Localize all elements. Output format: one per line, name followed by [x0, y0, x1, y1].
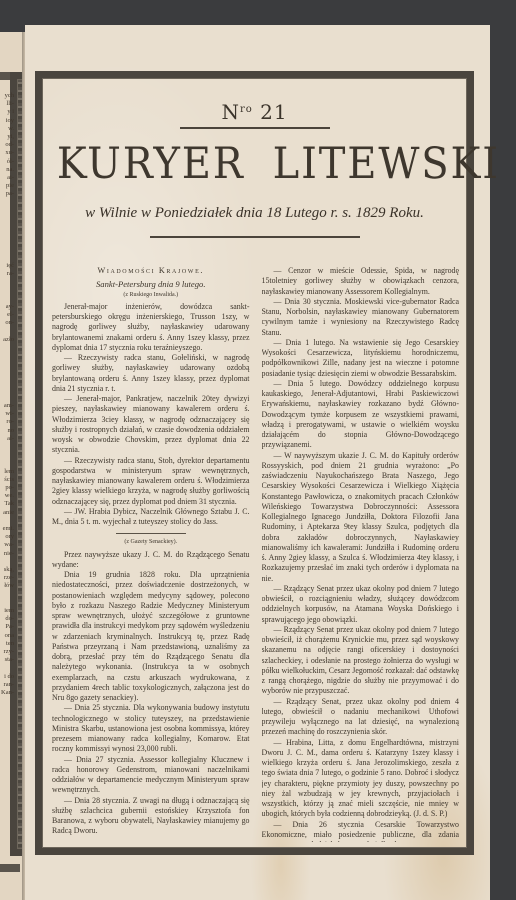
issue-label: N	[221, 100, 240, 124]
article-source: (z Gazety Senackiey).	[52, 537, 250, 547]
masthead: Nro 21 KURYERLITEWSKI w Wilnie w Poniedz…	[42, 78, 467, 238]
article-paragraph: — Dnia 1 lutego. Na wstawienie się Jego …	[262, 338, 460, 379]
adjacent-page-text-fragments-top: ych lli- y i ioy w. yi, od- xu- ól- na. …	[0, 92, 14, 199]
article-paragraph: Przez naywyższe ukazy J. C. M. do Rządzą…	[52, 550, 250, 571]
article-paragraph: — Dnia 30 stycznia. Moskiewski vice-gube…	[262, 297, 460, 338]
title-word-1: KURYER	[57, 139, 245, 189]
article-paragraph: — Dnia 5 lutego. Dowódzcy oddzielnego ko…	[262, 379, 460, 451]
article-paragraph: — Rządzący Senat, przez ukaz okolny pod …	[262, 697, 460, 738]
article-paragraph: — Rządzący Senat przez ukaz okolny pod d…	[262, 584, 460, 625]
title-word-2: LITEWSKI	[273, 139, 500, 189]
adjacent-page-text-fragments-mid: ięć ra- ay- el- on- azło	[0, 262, 14, 344]
article-paragraph: — JW. Hrabia Dybicz, Naczelnik Głównego …	[52, 507, 250, 528]
adjacent-page-edge: ych lli- y i ioy w. yi, od- xu- ól- na. …	[0, 32, 22, 900]
section-separator	[116, 533, 186, 534]
article-paragraph: — W naywyższym ukazie J. C. M. do Kapitu…	[262, 451, 460, 584]
left-column: Wiadomości Krajowe. Sankt-Petersburg dni…	[52, 266, 250, 842]
adjacent-page-frame-bottom	[0, 864, 20, 872]
issue-label-sup: ro	[240, 104, 253, 115]
article-paragraph: — Rzeczywisty radca stanu, Gołeliński, w…	[52, 353, 250, 394]
article-dateline: Sankt-Petersburg dnia 9 lutego.	[52, 279, 250, 289]
newspaper-page: Nro 21 KURYERLITEWSKI w Wilnie w Poniedz…	[25, 25, 490, 900]
article-paragraph: Jenerał-major inżenierów, dowódzca sankt…	[52, 302, 250, 353]
article-paragraph: — Cenzor w mieście Odessie, Spida, w nag…	[262, 266, 460, 297]
ornamental-border-frame: Nro 21 KURYERLITEWSKI w Wilnie w Poniedz…	[35, 71, 474, 855]
masthead-rule-top	[180, 127, 330, 129]
right-column: — Cenzor w mieście Odessie, Spida, w nag…	[262, 266, 460, 842]
article-paragraph: Dnia 19 grudnia 1828 roku. Dla uprzątnie…	[52, 570, 250, 703]
issue-number-value: 21	[260, 100, 287, 124]
article-paragraph: — Jenerał-major, Pankratjew, naczelnik 2…	[52, 394, 250, 456]
masthead-rule-bottom	[150, 236, 360, 238]
article-columns: Wiadomości Krajowe. Sankt-Petersburg dni…	[52, 266, 459, 842]
issue-number: Nro 21	[42, 100, 467, 124]
article-paragraph: — Dnia 25 stycznia. Dla wykonywania budo…	[52, 703, 250, 754]
article-paragraph: — Hrabina, Litta, z domu Engelhardtówna,…	[262, 738, 460, 820]
article-paragraph: — Dnia 27 stycznia. Assessor kollegialny…	[52, 755, 250, 796]
article-paragraph: — Rządzący Senat przez ukaz okolny pod d…	[262, 625, 460, 697]
article-paragraph: — Rzeczywisty radca stanu, Stoh, dyrekto…	[52, 456, 250, 507]
article-source: (z Ruskiego Inwalida.)	[52, 290, 250, 300]
article-paragraph: — Dnia 28 stycznia. Z uwagi na długą i o…	[52, 796, 250, 837]
section-heading: Wiadomości Krajowe.	[52, 266, 250, 276]
adjacent-page-text-fragments-low: am- wi- ro- no al- lem ścis po- we. Tak …	[0, 402, 14, 697]
newspaper-title: KURYERLITEWSKI	[57, 139, 452, 189]
issue-dateline: w Wilnie w Poniedziałek dnia 18 Lutego r…	[42, 205, 467, 222]
article-paragraph: — Dnia 26 stycznia Cesarskie Towarzystwo…	[262, 820, 460, 843]
